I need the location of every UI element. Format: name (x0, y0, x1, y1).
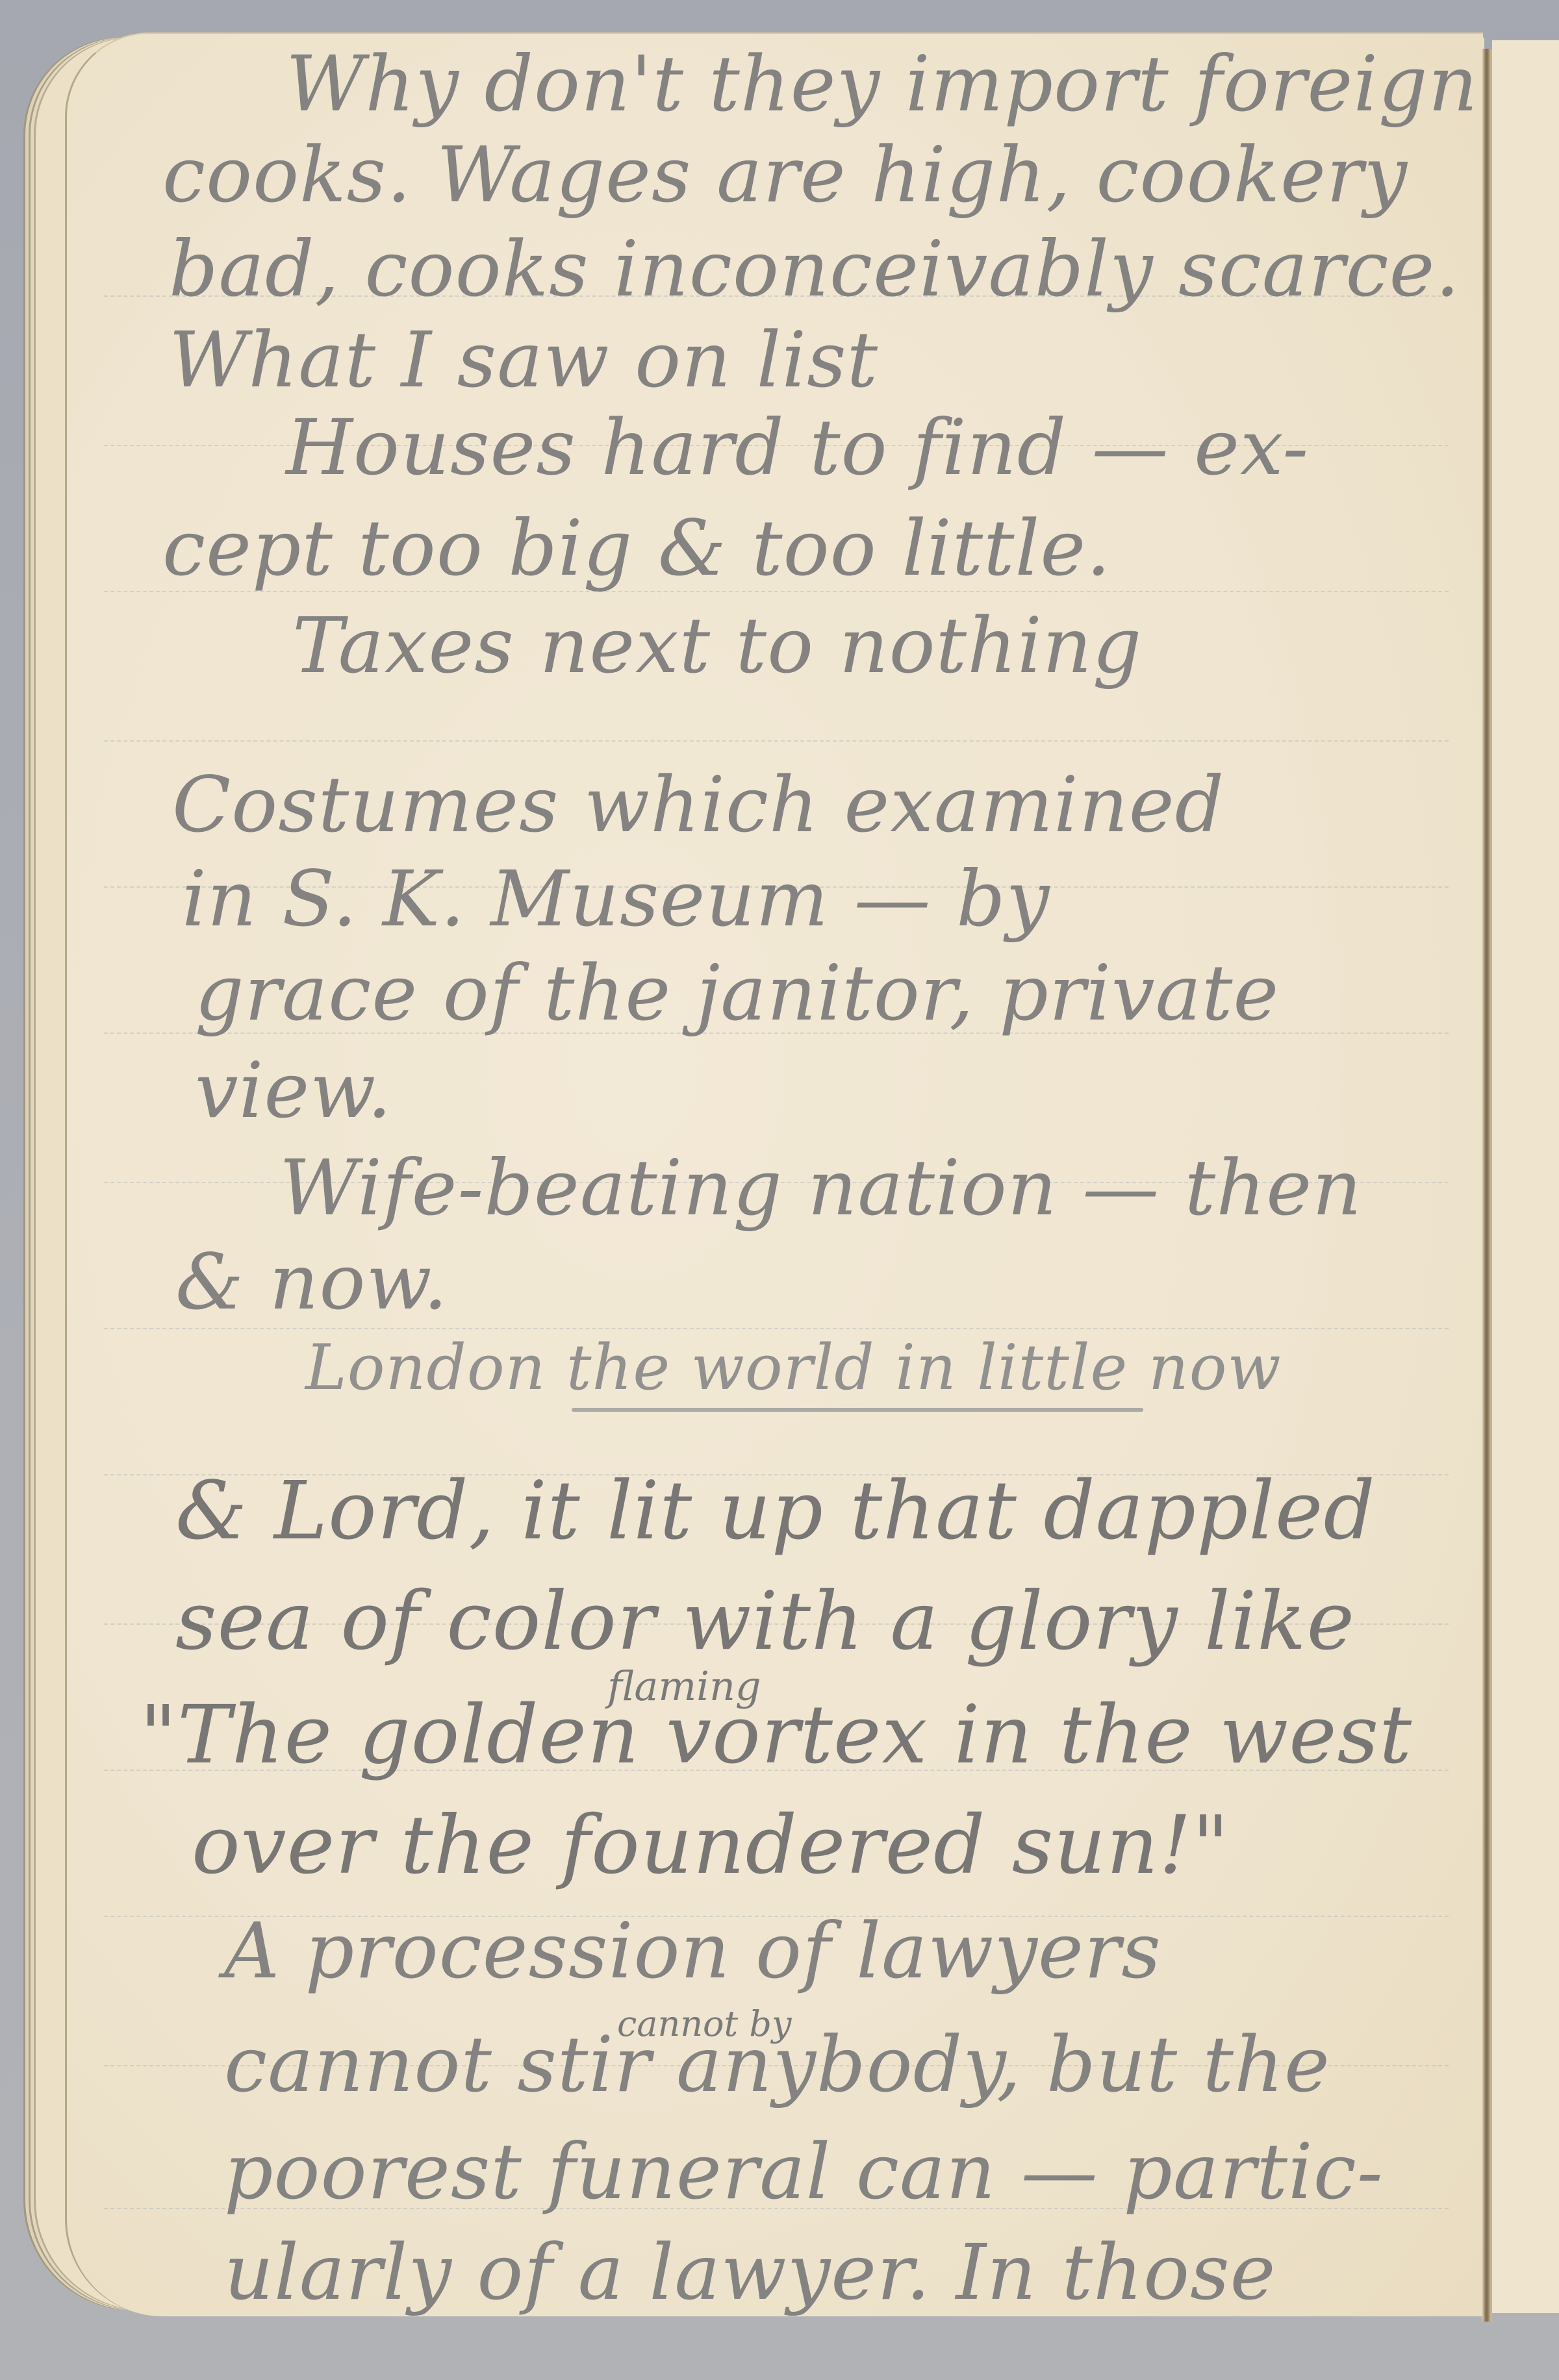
handwritten-line: grace of the janitor, private (195, 948, 1279, 1038)
ruled-line (104, 1328, 1449, 1329)
facing-page-edge (1491, 40, 1559, 2313)
handwritten-line: "The golden vortex in the west (140, 1688, 1412, 1782)
handwritten-line: poorest funeral can — partic- (224, 2127, 1384, 2216)
handwritten-line: over the foundered sun!" (192, 1799, 1230, 1892)
handwritten-line: Wife-beating nation — then (279, 1143, 1362, 1233)
handwritten-text: London the world in little now (305, 1331, 1282, 1404)
handwritten-line: in S. K. Museum — by (182, 854, 1050, 944)
handwritten-line: Why don't they import foreign (286, 39, 1478, 129)
underline-mark (572, 1408, 1143, 1412)
binding-gutter (1482, 49, 1491, 2322)
handwritten-line: cept too big & too little. (162, 503, 1111, 593)
handwritten-line: Taxes next to nothing (292, 601, 1142, 690)
handwritten-line: A procession of lawyers (224, 1906, 1161, 1996)
handwritten-line: Houses hard to find — ex- (286, 403, 1309, 492)
handwritten-line: & Lord, it lit up that dappled (175, 1464, 1376, 1558)
handwritten-line: cannot stir anybody, but the (224, 2020, 1330, 2109)
handwritten-line: ularly of a lawyer. In those (224, 2227, 1276, 2317)
handwritten-line: What I saw on list (169, 315, 878, 405)
handwritten-line: cooks. Wages are high, cookery (162, 130, 1408, 219)
handwritten-line-london: London the world in little now (305, 1331, 1282, 1404)
handwritten-line: & now. (175, 1237, 448, 1327)
handwritten-line: bad, cooks inconceivably scarce. (169, 224, 1460, 314)
handwritten-line: Costumes which examined (172, 760, 1224, 849)
handwritten-line: view. (195, 1046, 392, 1135)
handwritten-line: sea of color with a glory like (175, 1575, 1355, 1668)
ruled-line (104, 740, 1449, 742)
